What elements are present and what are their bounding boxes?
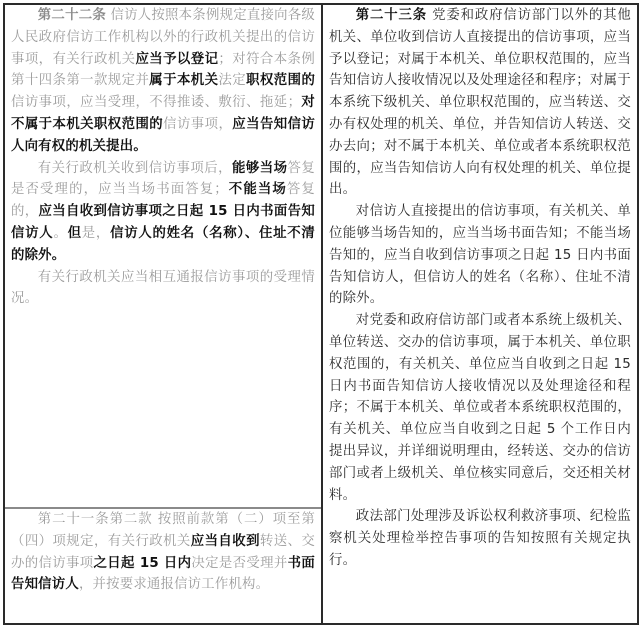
- emphasis-text: 不能当场: [228, 182, 287, 197]
- emphasis-text: 职权范围的: [246, 73, 315, 88]
- emphasis-text: 之日起 15 日内: [94, 556, 192, 571]
- emphasis-text: 能够当场: [232, 161, 288, 176]
- emphasis-text: 应当予以登记: [135, 52, 218, 67]
- emphasis-text: 属于本机关: [149, 73, 218, 88]
- paragraph: 第二十一条第二款 按照前款第（二）项至第（四）项规定，有关行政机关应当自收到转送…: [11, 509, 315, 596]
- emphasis-text: 应当自收到: [191, 534, 260, 549]
- body-text: 对党委和政府信访部门或者本系统上级机关、单位转送、交办的信访事项，属于本机关、单…: [329, 313, 631, 502]
- paragraph: 对信访人直接提出的信访事项，有关机关、单位能够当场告知的，应当当场书面告知；不能…: [329, 201, 631, 310]
- body-text: 有关行政机关收到信访事项后，: [38, 161, 232, 176]
- old-article-22-text: 第二十二条 信访人按照本条例规定直接向各级人民政府信访工作机构以外的行政机关提出…: [5, 5, 321, 310]
- body-text: 对信访人直接提出的信访事项，有关机关、单位能够当场告知的，应当当场书面告知；不能…: [329, 204, 631, 306]
- body-text: 党委和政府信访部门以外的其他机关、单位收到信访人直接提出的信访事项，应当予以登记…: [329, 8, 631, 197]
- body-text: ，并按要求通报信访工作机构。: [79, 577, 269, 592]
- old-regulation-column: 第二十二条 信访人按照本条例规定直接向各级人民政府信访工作机构以外的行政机关提出…: [5, 5, 321, 623]
- paragraph: 第二十二条 信访人按照本条例规定直接向各级人民政府信访工作机构以外的行政机关提出…: [11, 5, 315, 158]
- paragraph: 有关行政机关收到信访事项后，能够当场答复是否受理的，应当当场书面答复；不能当场答…: [11, 158, 315, 267]
- new-regulation-column: 第二十三条 党委和政府信访部门以外的其他机关、单位收到信访人直接提出的信访事项，…: [323, 5, 637, 623]
- body-text: 法定: [218, 73, 246, 88]
- article-heading: 第二十二条: [38, 8, 106, 23]
- paragraph: 有关行政机关应当相互通报信访事项的受理情况。: [11, 267, 315, 311]
- paragraph: 政法部门处理涉及诉讼权利救济事项、纪检监察机关处理检举控告事项的告知按照有关规定…: [329, 506, 631, 571]
- old-article-21-text: 第二十一条第二款 按照前款第（二）项至第（四）项规定，有关行政机关应当自收到转送…: [5, 509, 321, 596]
- body-text: 是，: [82, 226, 110, 241]
- body-text: 政法部门处理涉及诉讼权利救济事项、纪检监察机关处理检举控告事项的告知按照有关规定…: [329, 509, 631, 568]
- paragraph: 对党委和政府信访部门或者本系统上级机关、单位转送、交办的信访事项，属于本机关、单…: [329, 310, 631, 506]
- old-article-22-cell: 第二十二条 信访人按照本条例规定直接向各级人民政府信访工作机构以外的行政机关提出…: [5, 5, 321, 507]
- comparison-table: 第二十二条 信访人按照本条例规定直接向各级人民政府信访工作机构以外的行政机关提出…: [3, 3, 639, 625]
- body-text: 第二十一条第二款: [38, 512, 153, 527]
- article-heading: 第二十三条: [356, 8, 427, 23]
- body-text: 决定是否受理并: [191, 556, 287, 571]
- body-text: 有关行政机关应当相互通报信访事项的受理情况。: [11, 270, 315, 307]
- body-text: 信访事项，: [163, 117, 232, 132]
- new-article-23-text: 第二十三条 党委和政府信访部门以外的其他机关、单位收到信访人直接提出的信访事项，…: [323, 5, 637, 572]
- emphasis-text: 但: [68, 226, 82, 241]
- body-text: 。: [53, 226, 67, 241]
- body-text: 信访事项，应当受理，不得推诿、敷衍、拖延；: [11, 95, 301, 110]
- paragraph: 第二十三条 党委和政府信访部门以外的其他机关、单位收到信访人直接提出的信访事项，…: [329, 5, 631, 201]
- old-article-21-cell: 第二十一条第二款 按照前款第（二）项至第（四）项规定，有关行政机关应当自收到转送…: [5, 509, 321, 623]
